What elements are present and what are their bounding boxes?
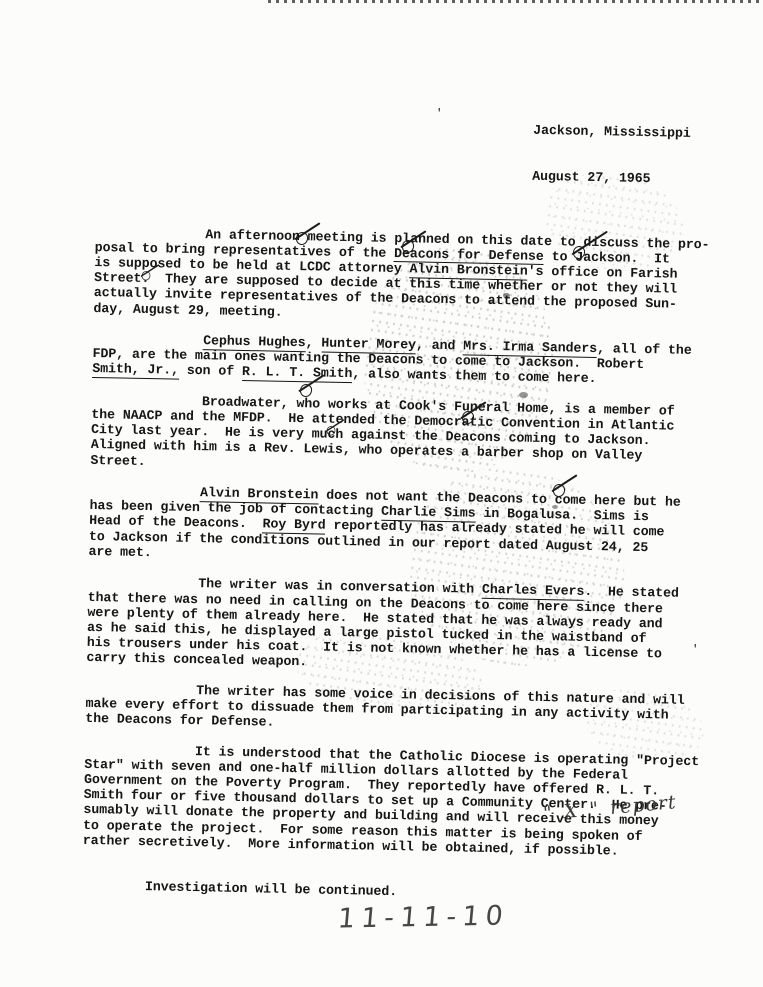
perforation-dotted-line (268, 0, 763, 3)
typed-text: are met. (88, 544, 151, 560)
circle-slash-mark-smith-jr (142, 269, 151, 279)
typed-text: , all of the (597, 341, 692, 358)
handwritten-page-number: 11-11-10 (336, 901, 510, 935)
typed-content: Jackson, Mississippi August 27, 1965 An … (82, 84, 720, 906)
dateline-date: August 27, 1965 (532, 169, 718, 188)
circle-slash-mark-sims (462, 408, 474, 422)
typed-text: , and (416, 337, 464, 353)
circle-slash-mark-bronstein (300, 381, 312, 395)
dateline-block: Jackson, Mississippi August 27, 1965 (531, 93, 719, 218)
scanned-document-page: ' ' Jackson, Mississippi August 27, 1965… (0, 0, 763, 987)
typed-text: Street. (90, 453, 145, 469)
typed-text: , (305, 335, 321, 350)
dateline-location: Jackson, Mississippi (533, 123, 719, 142)
circle-slash-mark-byrd (327, 424, 336, 434)
underlined-name: R. L. T. Smith (242, 364, 353, 383)
typed-text: son of (179, 363, 242, 379)
circle-slash-mark-hughes (296, 229, 308, 243)
circle-slash-mark-evers (553, 481, 565, 495)
typed-text: . He stated (584, 584, 679, 601)
circle-slash-mark-morey (402, 237, 414, 251)
circle-slash-mark-sanders (573, 243, 585, 257)
underlined-name: Smith, Jr., (92, 361, 179, 379)
